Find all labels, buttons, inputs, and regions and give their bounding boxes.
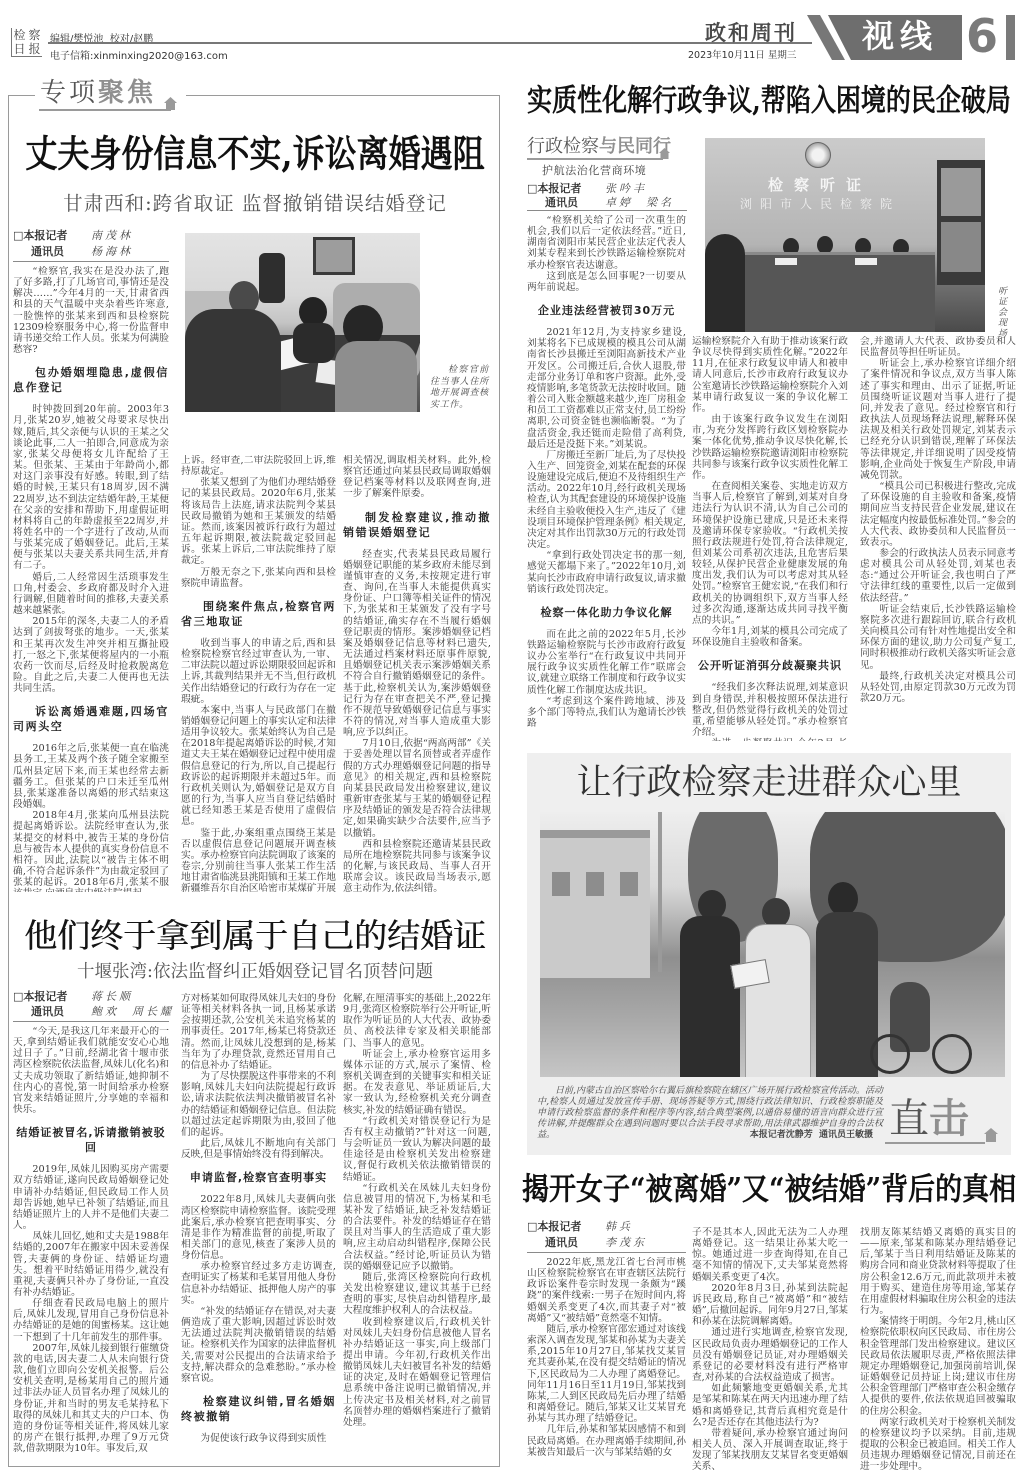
- photo-investigation: [185, 233, 420, 412]
- paragraph: 2022年8月,凤妹儿夫妻俩向张湾区检察院申请检察监督。该院受理此案后,承办检察…: [181, 1194, 336, 1261]
- section-label-dark: 专项: [40, 78, 98, 108]
- article-column: 化解,在厘清事实的基础上,2022年9月,张湾区检察院举行公开听证,听取作为听证…: [343, 993, 491, 1464]
- subheading: 检察建议纠错,冒名婚姻终被撤销: [181, 1394, 336, 1424]
- article-subheadline: 甘肃西和:跨省取证 监督撤销错误结婚登记: [15, 192, 495, 216]
- paragraph: 西和县检察院还邀请某县民政局所在地检察院共同参与该案争议的化解,与该民政局、当事…: [343, 839, 491, 892]
- byline-name: 卓婷 梁名: [605, 196, 674, 210]
- national-emblem-icon: [805, 142, 831, 168]
- paragraph: 听证会上,承办检察官运用多媒体示证的方式,展示了案情、检察机关调查到的关键事实和…: [343, 1049, 491, 1116]
- article-headline: 他们终于拿到属于自己的结婚证: [15, 917, 495, 955]
- photo-caption: 检察官前往当事人住所地开展调查核实工作。: [430, 365, 489, 411]
- paragraph: “检察机关给了公司一次重生的机会,我们以后一定依法经营。”近日,湖南省浏阳市某民…: [527, 215, 686, 271]
- byline-label: □本报记者: [527, 1220, 581, 1233]
- issue-date: 2023年10月11日 星期三: [688, 47, 796, 61]
- article-column: 会,并邀请人大代表、政协委员和人民监督员等担任听证员。 听证会上,承办检察官详细…: [860, 336, 1016, 741]
- column-label-dark: 行政检察: [527, 136, 599, 157]
- article-column: 找朋友陈某结婚又离婚的真实目的——原来,邹某和陈某办理结婚登记后,邹某于当日利用…: [860, 1227, 1016, 1471]
- paragraph: “考虑到这个案件跨地域、涉及多个部门等特点,我们认为邀请长沙铁路: [527, 696, 686, 729]
- paragraph: “经我们多次释法说理,刘某意识到自身错误,并积极按照环保法进行整改,但仍然觉得行…: [692, 682, 848, 738]
- photo-person: [335, 341, 417, 412]
- paragraph: 经查实,代表某县民政局履行婚姻登记职能的某乡政府未能尽到谨慎审查的义务,未按规定…: [343, 549, 491, 739]
- page-number: 6: [966, 10, 998, 62]
- byline-name: 南茂林: [91, 229, 133, 243]
- paragraph: 2021年12月,为支持家乡建设,刘某将名下已成规模的模具公司从湖南省长沙县搬迁…: [527, 327, 686, 450]
- paragraph: 2007年,凤妹儿接到银行催缴贷款的电话,因夫妻二人从未向银行贷款,他们立即向公…: [13, 1343, 169, 1455]
- byline-rule: [527, 210, 687, 211]
- paragraph: 相关情况,调取相关材料。此外,检察官还通过向某县民政局调取婚姻登记档案等材料以及…: [343, 455, 491, 500]
- paragraph: 随后,承办检察官邵宏通过对该线索深入调查发现,邹某和孙某为夫妻关系,2015年1…: [527, 1324, 686, 1424]
- logo-char: 察: [27, 28, 42, 42]
- subheading: 围绕案件焦点,检察官两省三地取证: [181, 599, 336, 629]
- article-column: 2022年底,黑龙江省七台河市桃山区检察院检察官在审查辖区法院行政诉讼案件卷宗时…: [527, 1257, 686, 1471]
- paragraph: “行政机关对错误登记行为是否有权主动撤销?”针对这一问题,与会听证员一致认为解决…: [343, 1116, 491, 1183]
- paragraph: 子不是其本人,因此无法为二人办理离婚登记。这一结果让孙某大吃一惊。她通过进一步查…: [692, 1227, 848, 1283]
- article-column: 运输检察院介入有助于推动该案行政争议尽快得到实质性化解。”2022年11月,在征…: [692, 336, 848, 741]
- paragraph: 通过进行实地调查,检察官发现,区民政局负责办理婚姻登记的工作人员没有婚姻登记员证…: [692, 1327, 848, 1383]
- feature-label: 直击: [889, 1096, 969, 1142]
- paragraph: “检察官,我实在是没办法了,跑了好多路,打了几场官司,事情还是没解决……”今年4…: [13, 266, 169, 355]
- paragraph: 几年后,孙某和邹某因感情不和到民政局离婚。在办理离婚手续期间,孙某被告知最后一次…: [527, 1424, 686, 1457]
- paragraph: 为进一步凝聚共识,今年2月,长沙铁路运输检察院召开公开听证: [692, 738, 848, 741]
- page-number-bar: [1006, 15, 1015, 60]
- paragraph: 收到检察建议后,行政机关针对凤妹儿夫妇身份信息被他人冒名补办结婚证这一事实,向上…: [343, 1317, 491, 1429]
- article-headline: 丈夫身份信息不实,诉讼离婚遇阻: [15, 131, 495, 177]
- byline-reporter: □本报记者 南茂林: [13, 229, 67, 243]
- newspaper-page: 检 察 日 报 编辑/樊悦池 校对/赵鹏 电子信箱:xinminxing2020…: [0, 0, 1024, 1473]
- article-column: 上诉。经审查,二审法院驳回上诉,维持原裁定。 张某又想到了为他们办理结婚登记的某…: [181, 455, 336, 892]
- column-label-underline: [527, 158, 663, 160]
- byline-rule: [13, 1021, 169, 1022]
- feature-label-dark: 直: [889, 1096, 929, 1142]
- logo-char: 检: [12, 28, 27, 42]
- paragraph: 2016年之后,张某便一直在临洮县务工,王某及两个孩子随全家搬至瓜州县定居下来,…: [13, 743, 169, 810]
- subheading: 检察一体化助力争议化解: [527, 605, 686, 620]
- byline-rule: [527, 1252, 686, 1253]
- paragraph: 案情终于明朗。今年2月,桃山区检察院依职权向区民政局、市住房公积金管理部门发出检…: [860, 1316, 1016, 1416]
- paragraph: 2020年8月3日,孙某到法院起诉民政局,称自己“被离婚”和“被结婚”,后撤回起…: [692, 1283, 848, 1328]
- byline-correspondent: 通讯员 李茂东: [527, 1236, 578, 1250]
- paragraph: 会,并邀请人大代表、政协委员和人民监督员等担任听证员。: [860, 336, 1016, 358]
- photo-feature-title: 让行政检察走进群众心里: [527, 762, 1011, 804]
- byline-label: 通讯员: [13, 245, 64, 258]
- column-tagline: 护航法治化营商环境: [542, 162, 646, 178]
- paragraph: 为了尽快摆脱这件事带来的不利影响,凤妹儿夫妇向法院提起行政诉讼,请求法院依法判决…: [181, 1071, 336, 1138]
- article-headline: 揭开女子“被离婚”又“被结婚”背后的真相: [522, 1172, 1016, 1208]
- subheading: 诉讼离婚遇难题,四场官司两头空: [13, 704, 169, 734]
- photo-nameplate: [775, 258, 797, 265]
- photo-person: [745, 924, 811, 1077]
- subheading: 公开听证消弭分歧凝聚共识: [692, 658, 848, 673]
- paragraph: 而在此之前的2022年5月,长沙铁路运输检察院与长沙市政府行政复议办公室举行“在…: [527, 629, 686, 696]
- photo-wall-frame: [313, 237, 355, 275]
- paragraph: 7月10日,依据“两高两部”《关于妥善处理以冒名顶替或者弄虚作假的方式办理婚姻登…: [343, 738, 491, 838]
- photo-person: [293, 323, 335, 363]
- article-column: “检察机关给了公司一次重生的机会,我们以后一定依法经营。”近日,湖南省浏阳市某民…: [527, 215, 686, 743]
- paragraph: “行政机关在凤妹儿夫妇身份信息被冒用的情况下,为杨某和毛某补发了结婚证,缺乏补发…: [343, 1183, 491, 1272]
- subheading: 企业违法经营被罚30万元: [527, 303, 686, 318]
- byline-label: □本报记者: [527, 182, 581, 195]
- paragraph: 婚后,二人经常因生活琐事发生口角,村委会、乡政府都及时介入进行调解,但随着时间的…: [13, 572, 169, 617]
- byline-correspondent: 通讯员 杨海林: [13, 245, 64, 259]
- paragraph: 为促使该行政争议得到实质性: [181, 1433, 336, 1444]
- byline-label: 通讯员: [13, 1005, 64, 1018]
- photo-person: [816, 912, 878, 1077]
- feature-label-underline: [885, 1142, 985, 1144]
- photo-person: [828, 882, 858, 916]
- house-icon: [164, 97, 177, 110]
- byline-label: □本报记者: [13, 229, 67, 242]
- house-icon: [659, 148, 670, 159]
- paragraph: 化解,在厘清事实的基础上,2022年9月,张湾区检察院举行公开听证,听取作为听证…: [343, 993, 491, 1049]
- byline-name: 鲍欢 周长耀: [91, 1005, 174, 1019]
- paragraph: 找朋友陈某结婚又离婚的真实目的——原来,邹某和陈某办理结婚登记后,邹某于当日利用…: [860, 1227, 1016, 1316]
- byline-name: 韩兵: [605, 1220, 633, 1234]
- paragraph: 万般无奈之下,张某向西和县检察院申请监督。: [181, 567, 336, 589]
- byline-rule: [13, 261, 169, 262]
- paragraph: 2018年4月,张某向瓜州县法院提起离婚诉讼。法院经审查认为,张某提交的材料中,…: [13, 810, 169, 892]
- paragraph: 承办检察官经过多方走访调查,查明证实了杨某和毛某冒用他人身份信息补办结婚证、抵押…: [181, 1261, 336, 1306]
- subheading: 结婚证被冒名,诉请撤销被驳回: [13, 1125, 169, 1155]
- photo-screen-inner: [941, 222, 981, 272]
- photo-building: [540, 830, 650, 978]
- section-name: 视线: [862, 16, 938, 56]
- paragraph: 时钟拨回到20年前。2003年3月,张某20岁,她被父母要求尽快出嫁,随后,其父…: [13, 404, 169, 571]
- photo-sign-org: 浏阳市人民检察院: [705, 196, 935, 212]
- photo-nameplate: [855, 258, 877, 265]
- paragraph: 2019年,凤妹儿因购买房产需要双方结婚证,遂向民政局婚姻登记处申请补办结婚证,…: [13, 1164, 169, 1231]
- logo-char: 日: [12, 42, 27, 56]
- subheading: 包办婚姻埋隐患,虚假信息作登记: [13, 365, 169, 395]
- byline-name: 张吟丰: [605, 182, 647, 196]
- paragraph: “今天,是我这几年来最开心的一天,拿到结婚证我们就能安安心心地过日子了。”日前,…: [13, 1026, 169, 1115]
- paragraph: 运输检察院介入有助于推动该案行政争议尽快得到实质性化解。”2022年11月,在征…: [692, 336, 848, 414]
- paragraph: 这到底是怎么回事呢?一切要从两年前说起。: [527, 271, 686, 293]
- photo-credit: 本报记者沈静芳 通讯员王敏摄: [537, 1130, 883, 1141]
- house-icon: [984, 1128, 998, 1142]
- paragraph: 2015年的深冬,夫妻二人的矛盾达到了剑拔弩张的地步。一天,张某和王某再次发生冲…: [13, 616, 169, 694]
- byline-label: □本报记者: [13, 990, 67, 1003]
- photo-caption-vertical: 听证会现场: [995, 286, 1008, 339]
- paragraph: 上诉。经审查,二审法院驳回上诉,维持原裁定。: [181, 455, 336, 477]
- newspaper-logo: 检 察 日 报: [11, 28, 42, 57]
- byline-label: 通讯员: [527, 1236, 578, 1249]
- photo-person: [185, 309, 281, 412]
- photo-bike-wheel: [870, 1034, 910, 1074]
- feature-label-light: 击: [929, 1096, 969, 1142]
- paragraph: 收到当事人的申请之后,西和县检察院检察官经过审查认为,一审、二审法院以超过诉讼期…: [181, 638, 336, 705]
- byline-reporter: □本报记者 张吟丰: [527, 182, 581, 196]
- byline-name: 蒋长顺: [91, 990, 133, 1004]
- paragraph: 在查阅相关案卷、实地走访双方当事人后,检察官了解到,刘某对自身违法行为认识不清,…: [692, 481, 848, 626]
- paragraph: 今年1月,刘某的模具公司完成了环保设施自主验收和备案。: [692, 626, 848, 648]
- paragraph: 由于该案行政争议发生在浏阳市,为充分发挥跨行政区划检察院办案一体化优势,推动争议…: [692, 414, 848, 481]
- byline-correspondent: 通讯员 卓婷 梁名: [527, 196, 578, 210]
- paragraph: 方对杨某如何取得凤妹儿夫妇的身份证等相关材料各执一词,且杨某承诺会按期还款,公安…: [181, 993, 336, 1071]
- paragraph: 仔细查看民政局电脑上的照片后,凤妹儿发现,冒用自己身份信息补办结婚证的是她的闺蜜…: [13, 1298, 169, 1343]
- masthead-rule: [48, 42, 812, 44]
- article-column: “检察官,我实在是没办法了,跑了好多路,打了几场官司,事情还是没解决……”今年4…: [13, 266, 169, 892]
- photo-hearing: 检察听证 浏阳市人民检察院: [705, 138, 985, 332]
- photo-person: [680, 916, 740, 1077]
- paragraph: “拿到行政处罚决定书的那一刻,感觉天都塌下来了。”2022年10月,刘某向长沙市…: [527, 550, 686, 595]
- photo-chair: [259, 253, 285, 303]
- byline-reporter: □本报记者 蒋长顺: [13, 990, 67, 1004]
- section-label-underline: [39, 109, 171, 111]
- subheading: 制发检察建议,推动撤销错误婚姻登记: [343, 510, 491, 540]
- paragraph: 厂房搬迁至新厂址后,为了尽快投入生产、回笼资金,刘某在配套的环保设施建设完成后,…: [527, 450, 686, 550]
- photo-sign-title: 检察听证: [705, 176, 935, 194]
- byline-label: 通讯员: [527, 196, 578, 209]
- article-column: 子不是其本人,因此无法为二人办理离婚登记。这一结果让孙某大吃一惊。她通过进一步查…: [692, 1227, 848, 1471]
- article-headline: 实质性化解行政争议,帮陷入困境的民企破局: [522, 83, 1016, 119]
- byline-correspondent: 通讯员 鲍欢 周长耀: [13, 1005, 64, 1019]
- paragraph: 本案中,当事人与民政部门在撤销婚姻登记问题上的事实认定和法律适用争议较大。张某始…: [181, 705, 336, 828]
- paragraph: 张某又想到了为他们办理结婚登记的某县民政局。2020年6月,张某将该局告上法庭,…: [181, 477, 336, 566]
- paragraph: 听证会结束后,长沙铁路运输检察院多次进行跟踪回访,联合行政机关向模具公司有针对性…: [860, 604, 1016, 671]
- subheading: 申请监督,检察官查明事实: [181, 1170, 336, 1185]
- paragraph: “补发的结婚证存在错误,对夫妻俩造成了重大影响,因超过诉讼时效无法通过法院判决撤…: [181, 1306, 336, 1384]
- paragraph: 凤妹儿回忆,她和丈夫是1988年结婚的,2007年在搬家中因未妥善保管,夫妻俩的…: [13, 1231, 169, 1298]
- column-label: 行政检察与民同行: [527, 136, 671, 158]
- photo-lamp-post: [658, 812, 662, 972]
- logo-char: 报: [27, 42, 42, 56]
- section-label-light: 聚焦: [98, 78, 156, 108]
- paragraph: 此后,凤妹儿不断地向有关部门反映,但是事情始终没有得到解决。: [181, 1138, 336, 1160]
- paragraph: 听证会上,承办检察官详细介绍了案件情况和争议点,双方当事人陈述了事实和理由、出示…: [860, 358, 1016, 481]
- byline-name: 杨海林: [91, 245, 133, 259]
- photo-table: [735, 252, 935, 332]
- article-column: 相关情况,调取相关材料。此外,检察官还通过向某县民政局调取婚姻登记档案等材料以及…: [343, 455, 491, 892]
- photo-person: [705, 234, 745, 332]
- photo-building-window: [586, 872, 604, 896]
- article-subheadline: 十堰张湾:依法监督纠正婚姻登记冒名顶替问题: [15, 961, 495, 983]
- paragraph: 2022年底,黑龙江省七台河市桃山区检察院检察官在审查辖区法院行政诉讼案件卷宗时…: [527, 1257, 686, 1324]
- photo-feature-caption: 日前,内蒙古自治区察哈尔右翼后旗检察院在辖区广场开展行政检察宣传活动。活动中,检…: [537, 1086, 883, 1141]
- photo-building-window: [552, 872, 570, 896]
- paragraph: “模具公司已积极进行整改,完成了环保设施的自主验收和备案,疫情期间应当支持民营企…: [860, 481, 1016, 548]
- paragraph: 鉴于此,办案组重点围绕王某是否以虚假信息登记问题展开调查核实。承办检察官向法院调…: [181, 828, 336, 892]
- photo-building-window: [620, 872, 638, 896]
- photo-bike-wheel: [932, 1034, 972, 1074]
- supplement-name: 政和周刊: [705, 17, 797, 47]
- byline-name: 李茂东: [605, 1236, 647, 1250]
- email-line: 电子信箱:xinminxing2020@163.com: [50, 47, 228, 62]
- paragraph: 如此频繁地变更婚姻关系,尤其是邹某和陈某在两天内迅速办理了结婚和离婚登记,其背后…: [692, 1383, 848, 1428]
- paragraph: 随后,张湾区检察院向行政机关发出检察建议,建议其基于已经查明的事实,尽快启动纠错…: [343, 1272, 491, 1317]
- paragraph: 最终,行政机关决定对模具公司从轻处罚,由原定罚款30万元改为罚款20万元。: [860, 671, 1016, 704]
- article-column: 方对杨某如何取得凤妹儿夫妇的身份证等相关材料各执一词,且杨某承诺会按期还款,公安…: [181, 993, 336, 1464]
- byline-reporter: □本报记者 韩兵: [527, 1220, 581, 1234]
- paragraph: 参会的行政执法人员表示同意考虑对模具公司从轻处罚,刘某也表态:“通过公开听证会,…: [860, 548, 1016, 604]
- photo-publicity-event: [540, 812, 1005, 1077]
- paragraph: 两家行政机关对于检察机关制发的检察建议均予以采纳。目前,违规提取的公积金已被追回…: [860, 1417, 1016, 1471]
- article-column: “今天,是我这几年来最开心的一天,拿到结婚证我们就能安安心心地过日子了。”日前,…: [13, 1026, 169, 1464]
- photo-screen-inner: [941, 168, 981, 216]
- paragraph: 带着疑问,承办检察官通过询问相关人员、深入开展调查取证,终于发现了邹某找朋友艾某…: [692, 1428, 848, 1471]
